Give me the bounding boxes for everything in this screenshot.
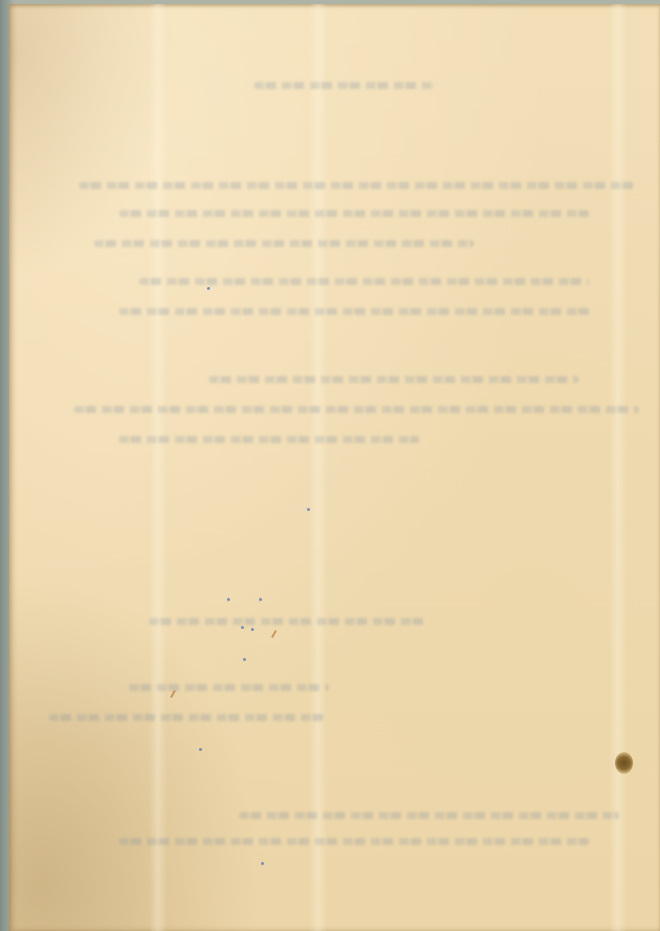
paper-sheet [9,4,660,931]
paper-speck [271,630,277,638]
paper-crease [309,4,327,931]
paper-crease [149,4,167,931]
paper-crease [609,4,627,931]
paper-stain [615,752,633,774]
paper-speck [170,690,176,698]
